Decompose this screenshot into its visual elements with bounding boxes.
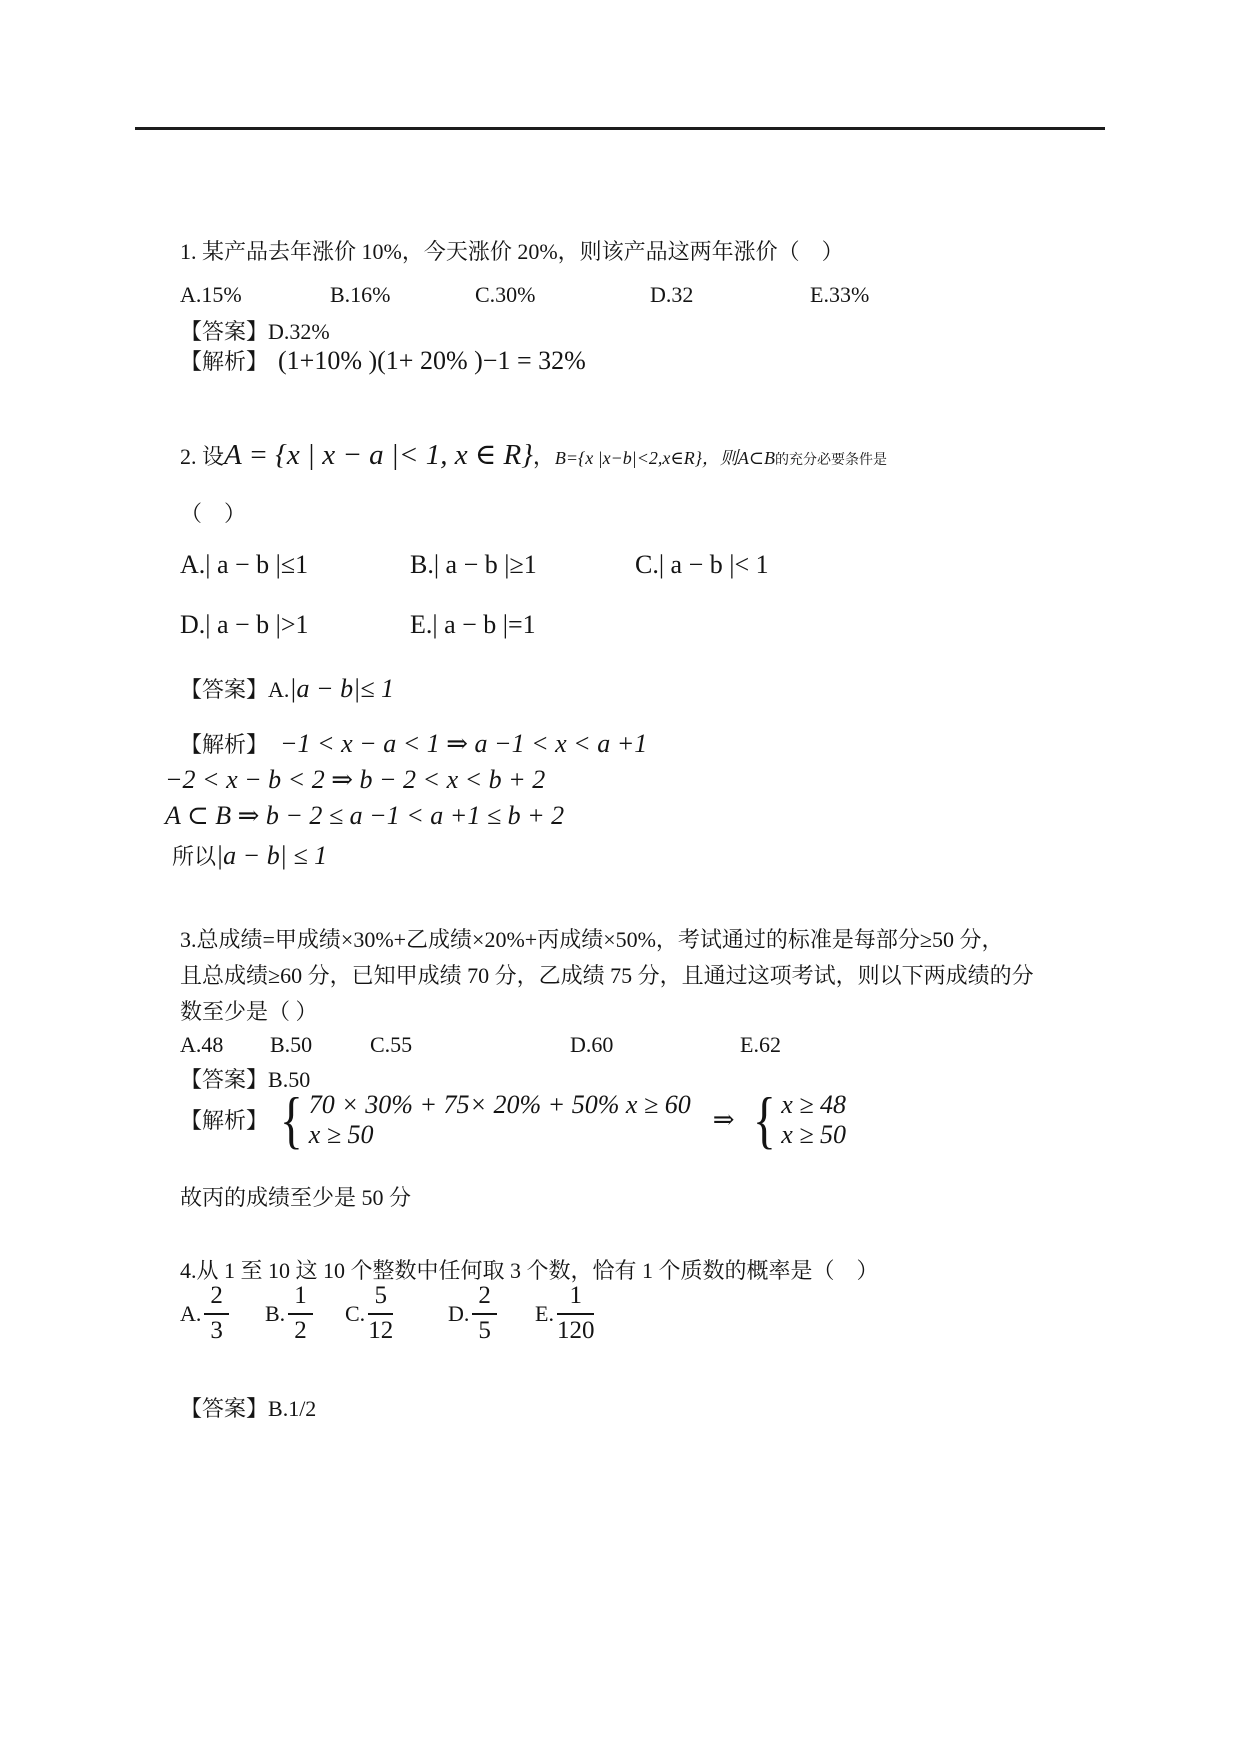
q2-option-b: B.| a − b |≥1 bbox=[410, 550, 635, 580]
q2-answer-option: A. bbox=[268, 677, 289, 703]
q2-answer-math: |a − b|≤ 1 bbox=[289, 674, 394, 704]
q4-option-e-label: E. bbox=[535, 1301, 554, 1327]
q4-options: A. 2 3 B. 1 2 C. 5 12 bbox=[180, 1282, 594, 1346]
q2-stem: 2. 设 A = {x | x − a |< 1, x ∈ R} ， B={x … bbox=[180, 437, 887, 472]
q3-option-a: A.48 bbox=[180, 1031, 270, 1060]
q1-stem: 1. 某产品去年涨价 10%，今天涨价 20%，则该产品这两年涨价（ ） bbox=[180, 238, 844, 267]
q3-stem-line1: 3.总成绩=甲成绩×30%+乙成绩×20%+丙成绩×50%，考试通过的标准是每部… bbox=[180, 922, 1034, 958]
q4-answer-line: 【答案】 B.1/2 bbox=[180, 1392, 316, 1423]
implies-arrow: ⇒ bbox=[713, 1105, 735, 1135]
q4-option-a: A. 2 3 bbox=[180, 1282, 265, 1346]
q4-option-a-label: A. bbox=[180, 1301, 201, 1327]
q1-answer-line: 【答案】 D.32% bbox=[180, 315, 330, 346]
q2-paren-line: （ ） bbox=[180, 500, 246, 529]
q2-stem-lead: 2. 设 bbox=[180, 443, 224, 472]
header-rule bbox=[135, 127, 1105, 130]
q4-option-c: C. 5 12 bbox=[345, 1282, 448, 1346]
q2-conclusion-lead: 所以 bbox=[172, 843, 216, 872]
q3-system2-line2: x ≥ 50 bbox=[781, 1120, 846, 1150]
q3-stem-line2: 且总成绩≥60 分，已知甲成绩 70 分，乙成绩 75 分，且通过这项考试，则以… bbox=[180, 958, 1034, 994]
q3-stem-line3: 数至少是（ ） bbox=[180, 994, 1034, 1030]
q2-answer-label: 【答案】 bbox=[180, 673, 268, 704]
fraction-numerator: 2 bbox=[204, 1282, 229, 1315]
q1-option-c: C.30% bbox=[475, 281, 650, 310]
q2-option-d: D.| a − b |>1 bbox=[180, 610, 410, 640]
q2-options-row2: D.| a − b |>1 E.| a − b |=1 bbox=[180, 610, 536, 640]
fraction-denominator: 2 bbox=[288, 1315, 313, 1346]
q4-option-b: B. 1 2 bbox=[265, 1282, 345, 1346]
q3-analysis: 【解析】 { 70 × 30% + 75× 20% + 50% x ≥ 60 x… bbox=[180, 1090, 846, 1150]
fraction-numerator: 1 bbox=[557, 1282, 595, 1315]
q2-set-b: B={x |x−b|<2,x∈R} bbox=[555, 448, 702, 469]
document-page: 1. 某产品去年涨价 10%，今天涨价 20%，则该产品这两年涨价（ ） A.1… bbox=[0, 0, 1241, 1754]
q1-answer-label: 【答案】 bbox=[180, 315, 268, 346]
q3-option-d: D.60 bbox=[570, 1031, 740, 1060]
q1-analysis-label: 【解析】 bbox=[180, 345, 268, 376]
q1-option-e: E.33% bbox=[810, 281, 869, 310]
q1-analysis-line: 【解析】 (1+10% )(1+ 20% )−1 = 32% bbox=[180, 345, 586, 376]
q2-analysis-line3: A ⊂ B ⇒ b − 2 ≤ a −1 < a +1 ≤ b + 2 bbox=[165, 801, 564, 831]
q3-analysis-label: 【解析】 bbox=[180, 1104, 268, 1135]
q2-option-e: E.| a − b |=1 bbox=[410, 610, 536, 640]
fraction-numerator: 2 bbox=[472, 1282, 497, 1315]
q4-option-e: E. 1 120 bbox=[535, 1282, 594, 1346]
fraction-denominator: 12 bbox=[368, 1315, 393, 1346]
q2-stem-cond: 的充分必要条件是 bbox=[775, 449, 887, 469]
q4-option-a-fraction: 2 3 bbox=[204, 1282, 229, 1346]
left-brace: { bbox=[752, 1091, 775, 1149]
q3-option-e: E.62 bbox=[740, 1031, 781, 1060]
q4-option-e-fraction: 1 120 bbox=[557, 1282, 595, 1346]
q4-option-b-label: B. bbox=[265, 1301, 285, 1327]
q4-answer-label: 【答案】 bbox=[180, 1392, 268, 1423]
q3-system-1: { 70 × 30% + 75× 20% + 50% x ≥ 60 x ≥ 50 bbox=[276, 1090, 691, 1150]
q2-conclusion: 所以 |a − b| ≤ 1 bbox=[172, 841, 327, 872]
fraction-numerator: 1 bbox=[288, 1282, 313, 1315]
fraction-numerator: 5 bbox=[368, 1282, 393, 1315]
q3-option-b: B.50 bbox=[270, 1031, 370, 1060]
fraction-denominator: 5 bbox=[472, 1315, 497, 1346]
left-brace: { bbox=[280, 1091, 303, 1149]
q1-options: A.15% B.16% C.30% D.32 E.33% bbox=[180, 281, 869, 310]
q2-conclusion-math: |a − b| ≤ 1 bbox=[216, 841, 327, 871]
q3-option-c: C.55 bbox=[370, 1031, 570, 1060]
q3-options: A.48 B.50 C.55 D.60 E.62 bbox=[180, 1031, 781, 1060]
fraction-denominator: 120 bbox=[557, 1315, 595, 1346]
q2-option-a: A.| a − b |≤1 bbox=[180, 550, 410, 580]
q1-option-b: B.16% bbox=[330, 281, 475, 310]
q2-option-c: C.| a − b |< 1 bbox=[635, 550, 769, 580]
q2-stem-then: ，则A⊂B bbox=[702, 444, 775, 470]
q2-analysis-label: 【解析】 bbox=[180, 728, 268, 759]
q2-answer-line: 【答案】 A. |a − b|≤ 1 bbox=[180, 673, 394, 704]
q1-option-a: A.15% bbox=[180, 281, 330, 310]
q4-option-d: D. 2 5 bbox=[448, 1282, 535, 1346]
q2-analysis-line1: −1 < x − a < 1 ⇒ a −1 < x < a +1 bbox=[280, 729, 647, 759]
q1-option-d: D.32 bbox=[650, 281, 810, 310]
q3-system1-line1: 70 × 30% + 75× 20% + 50% x ≥ 60 bbox=[309, 1090, 691, 1120]
q1-answer-value: D.32% bbox=[268, 319, 330, 345]
q3-system2-line1: x ≥ 48 bbox=[781, 1090, 846, 1120]
q4-option-c-fraction: 5 12 bbox=[368, 1282, 393, 1346]
q1-analysis-formula: (1+10% )(1+ 20% )−1 = 32% bbox=[278, 346, 586, 376]
fraction-denominator: 3 bbox=[204, 1315, 229, 1346]
q3-conclusion: 故丙的成绩至少是 50 分 bbox=[180, 1184, 411, 1213]
q2-options-row1: A.| a − b |≤1 B.| a − b |≥1 C.| a − b |<… bbox=[180, 550, 769, 580]
q4-option-c-label: C. bbox=[345, 1301, 365, 1327]
q2-analysis-line2: −2 < x − b < 2 ⇒ b − 2 < x < b + 2 bbox=[165, 765, 545, 795]
q4-option-d-label: D. bbox=[448, 1301, 469, 1327]
q2-set-a: A = {x | x − a |< 1, x ∈ R} bbox=[224, 437, 533, 472]
q3-stem: 3.总成绩=甲成绩×30%+乙成绩×20%+丙成绩×50%，考试通过的标准是每部… bbox=[180, 922, 1034, 1030]
q2-analysis-line1-wrap: 【解析】 −1 < x − a < 1 ⇒ a −1 < x < a +1 bbox=[180, 728, 647, 759]
q4-option-d-fraction: 2 5 bbox=[472, 1282, 497, 1346]
q3-system-2: { x ≥ 48 x ≥ 50 bbox=[749, 1090, 847, 1150]
q3-system1-line2: x ≥ 50 bbox=[309, 1120, 691, 1150]
q4-answer-value: B.1/2 bbox=[268, 1396, 316, 1422]
q4-option-b-fraction: 1 2 bbox=[288, 1282, 313, 1346]
q2-stem-sep: ， bbox=[533, 443, 555, 472]
